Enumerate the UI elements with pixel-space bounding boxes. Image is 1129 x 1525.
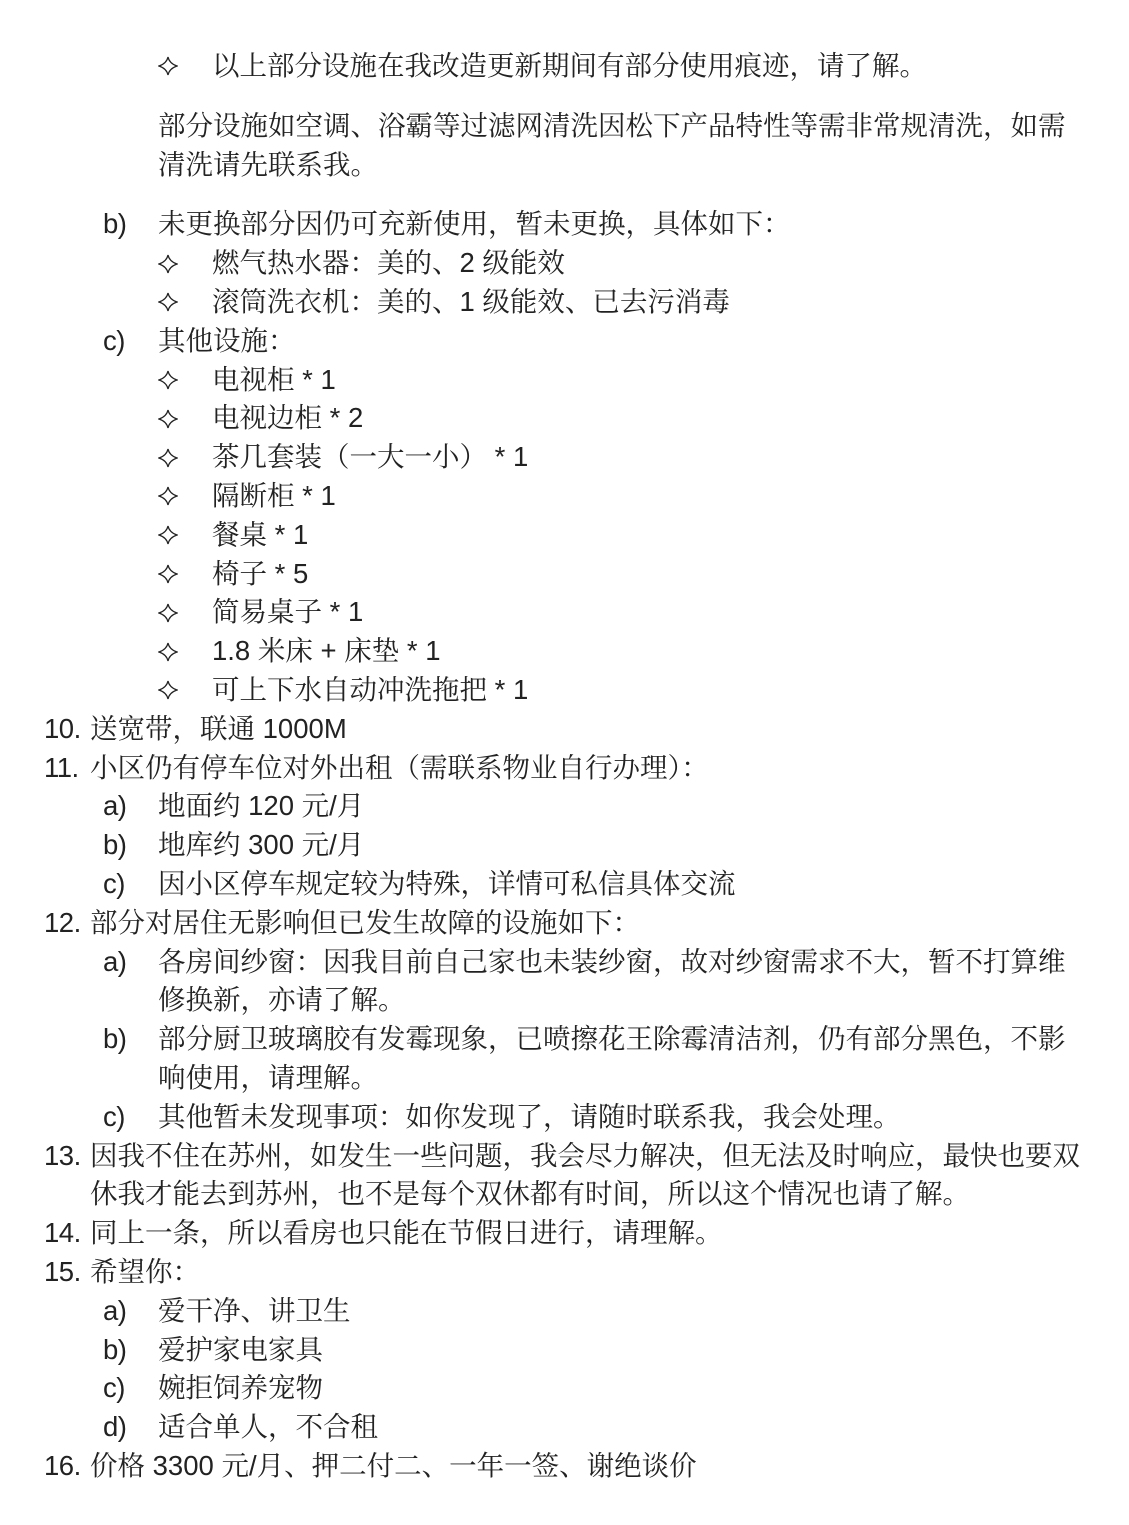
list-item: c) 其他设施： [0, 322, 1083, 361]
list-item-text: 1.8 米床 + 床垫 * 1 [212, 635, 441, 666]
list-item: d) 适合单人，不合租 [0, 1408, 1083, 1447]
list-item: 茶几套装（一大一小） * 1 [0, 438, 1083, 477]
list-item: 简易桌子 * 1 [0, 593, 1083, 632]
four-pointed-star-bullet-icon [158, 361, 178, 400]
list-item-text: 椅子 * 5 [212, 558, 308, 589]
list-marker: c) [103, 865, 125, 904]
list-marker: a) [103, 1292, 126, 1331]
rental-notes-document: 以上部分设施在我改造更新期间有部分使用痕迹，请了解。 部分设施如空调、浴霸等过滤… [0, 0, 1129, 1525]
list-item-text: 适合单人，不合租 [158, 1411, 378, 1442]
list-item: 电视边柜 * 2 [0, 399, 1083, 438]
list-item-text: 小区仍有停车位对外出租（需联系物业自行办理）： [90, 752, 709, 783]
list-item-text: 其他暂未发现事项：如你发现了，请随时联系我，我会处理。 [158, 1101, 901, 1132]
list-marker: b) [103, 826, 126, 865]
list-marker: 13. [44, 1137, 81, 1176]
list-marker: 15. [44, 1253, 81, 1292]
list-item: 14. 同上一条，所以看房也只能在节假日进行，请理解。 [0, 1214, 1083, 1253]
list-item: 15. 希望你： [0, 1253, 1083, 1292]
list-item-text: 以上部分设施在我改造更新期间有部分使用痕迹，请了解。 [212, 50, 927, 81]
list-item-text: 其他设施： [158, 325, 296, 356]
list-marker: c) [103, 322, 125, 361]
list-item: b) 未更换部分因仍可充新使用，暂未更换，具体如下： [0, 205, 1083, 244]
list-item-text: 地面约 120 元/月 [158, 790, 364, 821]
list-item: 燃气热水器：美的、2 级能效 [0, 244, 1083, 283]
list-item: 滚筒洗衣机：美的、1 级能效、已去污消毒 [0, 283, 1083, 322]
list-marker: a) [103, 787, 126, 826]
list-item-text: 部分厨卫玻璃胶有发霉现象，已喷擦花王除霉清洁剂，仍有部分黑色，不影响使用，请理解… [158, 1023, 1066, 1093]
four-pointed-star-bullet-icon [158, 555, 178, 594]
list-item-text: 送宽带，联通 1000M [90, 713, 347, 744]
list-item-text: 爱干净、讲卫生 [158, 1295, 351, 1326]
list-item: b) 部分厨卫玻璃胶有发霉现象，已喷擦花王除霉清洁剂，仍有部分黑色，不影响使用，… [0, 1020, 1083, 1098]
paragraph-text: 部分设施如空调、浴霸等过滤网清洗因松下产品特性等需非常规清洗，如需清洗请先联系我… [158, 110, 1066, 180]
list-item-text: 餐桌 * 1 [212, 519, 308, 550]
four-pointed-star-bullet-icon [158, 399, 178, 438]
list-item: 椅子 * 5 [0, 555, 1083, 594]
paragraph: 部分设施如空调、浴霸等过滤网清洗因松下产品特性等需非常规清洗，如需清洗请先联系我… [0, 107, 1083, 185]
four-pointed-star-bullet-icon [158, 438, 178, 477]
list-item: 11. 小区仍有停车位对外出租（需联系物业自行办理）： [0, 749, 1083, 788]
list-item: 10. 送宽带，联通 1000M [0, 710, 1083, 749]
list-item: 以上部分设施在我改造更新期间有部分使用痕迹，请了解。 [0, 47, 1083, 86]
list-marker: 16. [44, 1447, 81, 1486]
list-item-text: 部分对居住无影响但已发生故障的设施如下： [90, 907, 640, 938]
list-item-text: 未更换部分因仍可充新使用，暂未更换，具体如下： [158, 208, 791, 239]
list-marker: a) [103, 943, 126, 982]
list-item: 电视柜 * 1 [0, 361, 1083, 400]
list-marker: b) [103, 205, 126, 244]
list-item-text: 各房间纱窗：因我目前自己家也未装纱窗，故对纱窗需求不大，暂不打算维修换新，亦请了… [158, 946, 1066, 1016]
four-pointed-star-bullet-icon [158, 477, 178, 516]
list-item-text: 电视边柜 * 2 [212, 402, 363, 433]
four-pointed-star-bullet-icon [158, 632, 178, 671]
four-pointed-star-bullet-icon [158, 244, 178, 283]
list-marker: 11. [44, 749, 79, 788]
list-item-text: 价格 3300 元/月、押二付二、一年一签、谢绝谈价 [90, 1450, 697, 1481]
four-pointed-star-bullet-icon [158, 671, 178, 710]
list-item: a) 爱干净、讲卫生 [0, 1292, 1083, 1331]
list-item-text: 爱护家电家具 [158, 1334, 323, 1365]
list-marker: 14. [44, 1214, 81, 1253]
list-item-text: 同上一条，所以看房也只能在节假日进行，请理解。 [90, 1217, 723, 1248]
list-item: 1.8 米床 + 床垫 * 1 [0, 632, 1083, 671]
four-pointed-star-bullet-icon [158, 283, 178, 322]
list-marker: 10. [44, 710, 81, 749]
list-item: 隔断柜 * 1 [0, 477, 1083, 516]
list-marker: b) [103, 1331, 126, 1370]
four-pointed-star-bullet-icon [158, 593, 178, 632]
four-pointed-star-bullet-icon [158, 516, 178, 555]
list-item: c) 其他暂未发现事项：如你发现了，请随时联系我，我会处理。 [0, 1098, 1083, 1137]
list-item-text: 可上下水自动冲洗拖把 * 1 [212, 674, 528, 705]
list-item-text: 因小区停车规定较为特殊，详情可私信具体交流 [158, 868, 736, 899]
list-item-text: 茶几套装（一大一小） * 1 [212, 441, 528, 472]
list-item: 可上下水自动冲洗拖把 * 1 [0, 671, 1083, 710]
list-item-text: 地库约 300 元/月 [158, 829, 364, 860]
list-marker: 12. [44, 904, 81, 943]
list-item: b) 地库约 300 元/月 [0, 826, 1083, 865]
list-item: a) 各房间纱窗：因我目前自己家也未装纱窗，故对纱窗需求不大，暂不打算维修换新，… [0, 943, 1083, 1021]
list-item: c) 婉拒饲养宠物 [0, 1369, 1083, 1408]
list-marker: b) [103, 1020, 126, 1059]
list-item-text: 婉拒饲养宠物 [158, 1372, 323, 1403]
list-marker: c) [103, 1369, 125, 1408]
list-item-text: 隔断柜 * 1 [212, 480, 336, 511]
list-item: 餐桌 * 1 [0, 516, 1083, 555]
list-item-text: 因我不住在苏州，如发生一些问题，我会尽力解决，但无法及时响应，最快也要双休我才能… [90, 1140, 1080, 1210]
list-item-text: 燃气热水器：美的、2 级能效 [212, 247, 565, 278]
list-item: a) 地面约 120 元/月 [0, 787, 1083, 826]
list-item-text: 简易桌子 * 1 [212, 596, 363, 627]
list-item: b) 爱护家电家具 [0, 1331, 1083, 1370]
list-item-text: 希望你： [90, 1256, 200, 1287]
list-item-text: 电视柜 * 1 [212, 364, 336, 395]
list-item: 12. 部分对居住无影响但已发生故障的设施如下： [0, 904, 1083, 943]
list-item: 16. 价格 3300 元/月、押二付二、一年一签、谢绝谈价 [0, 1447, 1083, 1486]
list-item: 13. 因我不住在苏州，如发生一些问题，我会尽力解决，但无法及时响应，最快也要双… [0, 1137, 1083, 1215]
list-marker: d) [103, 1408, 126, 1447]
list-item: c) 因小区停车规定较为特殊，详情可私信具体交流 [0, 865, 1083, 904]
four-pointed-star-bullet-icon [158, 47, 178, 86]
list-item-text: 滚筒洗衣机：美的、1 级能效、已去污消毒 [212, 286, 730, 317]
list-marker: c) [103, 1098, 125, 1137]
